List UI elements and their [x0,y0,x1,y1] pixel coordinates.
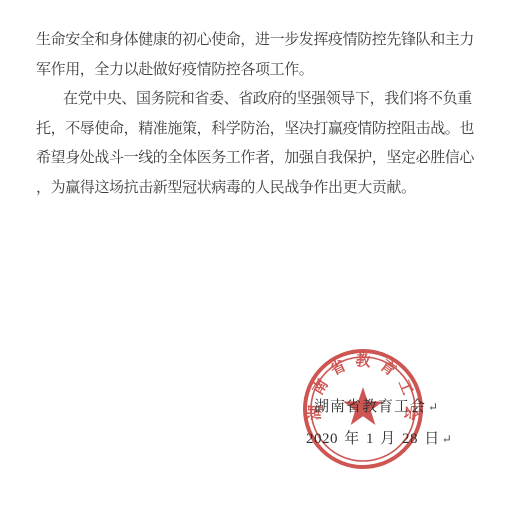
signature-org-text: 湖南省教育工会 [314,399,426,415]
signature-date-line: 2020 年 1 月 28 日↵ [306,427,452,448]
body-line: 在党中央、国务院和省委、省政府的坚强领导下，我们将不负重 [36,85,486,115]
body-line: 托，不辱使命，精准施策，科学防治，坚决打赢疫情防控阻击战。也 [36,115,486,145]
body-line: ，为赢得这场抗击新型冠状病毒的人民战争作出更大贡献。 [36,174,486,204]
paragraph-return-icon: ↵ [442,432,453,446]
body-line: 军作用，全力以赴做好疫情防控各项工作。 [36,56,486,86]
body-line: 希望身处战斗一线的全体医务工作者，加强自我保护，坚定必胜信心 [36,144,486,174]
document-page: 生命安全和身体健康的初心使命，进一步发挥疫情防控先锋队和主力 军作用，全力以赴做… [0,0,509,506]
signature-org-line: 湖南省教育工会↵ [314,395,439,416]
body-text-block: 生命安全和身体健康的初心使命，进一步发挥疫情防控先锋队和主力 军作用，全力以赴做… [36,26,486,203]
signature-date-text: 2020 年 1 月 28 日 [306,431,440,447]
paragraph-return-icon: ↵ [428,400,439,414]
body-line: 生命安全和身体健康的初心使命，进一步发挥疫情防控先锋队和主力 [36,26,486,56]
